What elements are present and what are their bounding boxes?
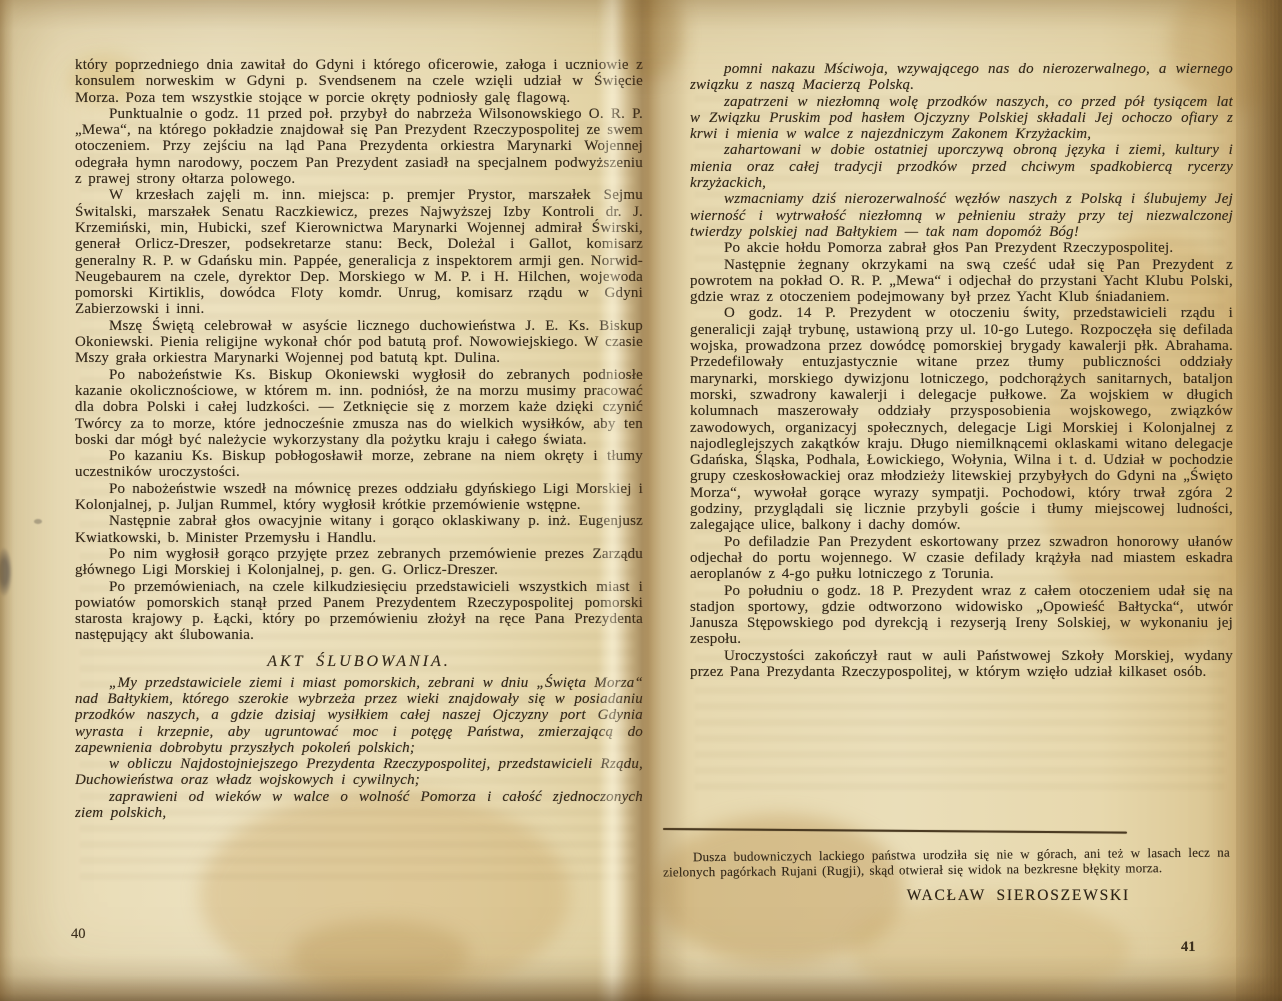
paragraph: Następnie żegnany okrzykami na swą cześć… xyxy=(690,257,1233,306)
oath-paragraph: w obliczu Najdostojniejszego Prezydenta … xyxy=(75,756,643,789)
paragraph: Po przemówieniach, na czele kilkudziesię… xyxy=(75,579,643,644)
paragraph: O godz. 14 P. Prezydent w otoczeniu świt… xyxy=(690,305,1233,533)
ink-speck xyxy=(0,548,12,596)
page-right: pomni nakazu Mściwoja, wzywającego nas d… xyxy=(690,61,1233,823)
footnote-block: Dusza budowniczych lackiego państwa urod… xyxy=(663,828,1230,905)
page-left: który poprzedniego dnia zawitał do Gdyni… xyxy=(75,57,643,937)
paragraph: Po nim wygłosił gorąco przyjęte przez ze… xyxy=(75,546,643,579)
paragraph: Po defiladzie Pan Prezydent eskortowany … xyxy=(690,534,1233,583)
paragraph: W krzesłach zajęli m. inn. miejsca: p. p… xyxy=(75,187,643,317)
paragraph: który poprzedniego dnia zawitał do Gdyni… xyxy=(75,57,643,106)
oath-heading: AKT ŚLUBOWANIA. xyxy=(75,653,643,671)
footnote-text: Dusza budowniczych lackiego państwa urod… xyxy=(663,846,1230,881)
page-number-right: 41 xyxy=(1181,939,1196,956)
oath-paragraph: zaprawieni od wieków w walce o wolność P… xyxy=(75,789,643,822)
paragraph: Po nabożeństwie Ks. Biskup Okoniewski wy… xyxy=(75,367,643,448)
paragraph: Po nabożeństwie wszedł na mównicę prezes… xyxy=(75,481,643,514)
oath-paragraph: „My przedstawiciele ziemi i miast pomors… xyxy=(75,675,643,756)
bottom-page-edge xyxy=(0,975,1282,1001)
paper-stain xyxy=(850,895,1130,1001)
ink-speck xyxy=(34,519,42,524)
right-page-stack-edge xyxy=(1236,0,1282,1001)
oath-paragraph: zapatrzeni w niezłomną wolę przodków nas… xyxy=(690,94,1233,143)
oath-paragraph: pomni nakazu Mściwoja, wzywającego nas d… xyxy=(690,61,1233,94)
paragraph: Po kazaniu Ks. Biskup pobłogosławił morz… xyxy=(75,448,643,481)
book-spread: który poprzedniego dnia zawitał do Gdyni… xyxy=(0,0,1282,1001)
paragraph: Po akcie hołdu Pomorza zabrał głos Pan P… xyxy=(690,240,1233,256)
paragraph: Punktualnie o godz. 11 przed poł. przyby… xyxy=(75,106,643,187)
page-number-left: 40 xyxy=(71,926,86,943)
author-signature: WACŁAW SIEROSZEWSKI xyxy=(663,887,1230,905)
paragraph: Mszę Świętą celebrował w asyście liczneg… xyxy=(75,318,643,367)
paragraph: Następnie zabrał głos owacyjnie witany i… xyxy=(75,513,643,546)
paragraph: Uroczystości zakończył raut w auli Państ… xyxy=(690,648,1233,681)
oath-paragraph: wzmacniamy dziś nierozerwalność węzłów n… xyxy=(690,191,1233,240)
footnote-divider xyxy=(663,828,1127,834)
left-page-edge xyxy=(0,0,14,1001)
paragraph: Po południu o godz. 18 P. Prezydent wraz… xyxy=(690,583,1233,648)
oath-paragraph: zahartowani w dobie ostatniej uporczywą … xyxy=(690,142,1233,191)
